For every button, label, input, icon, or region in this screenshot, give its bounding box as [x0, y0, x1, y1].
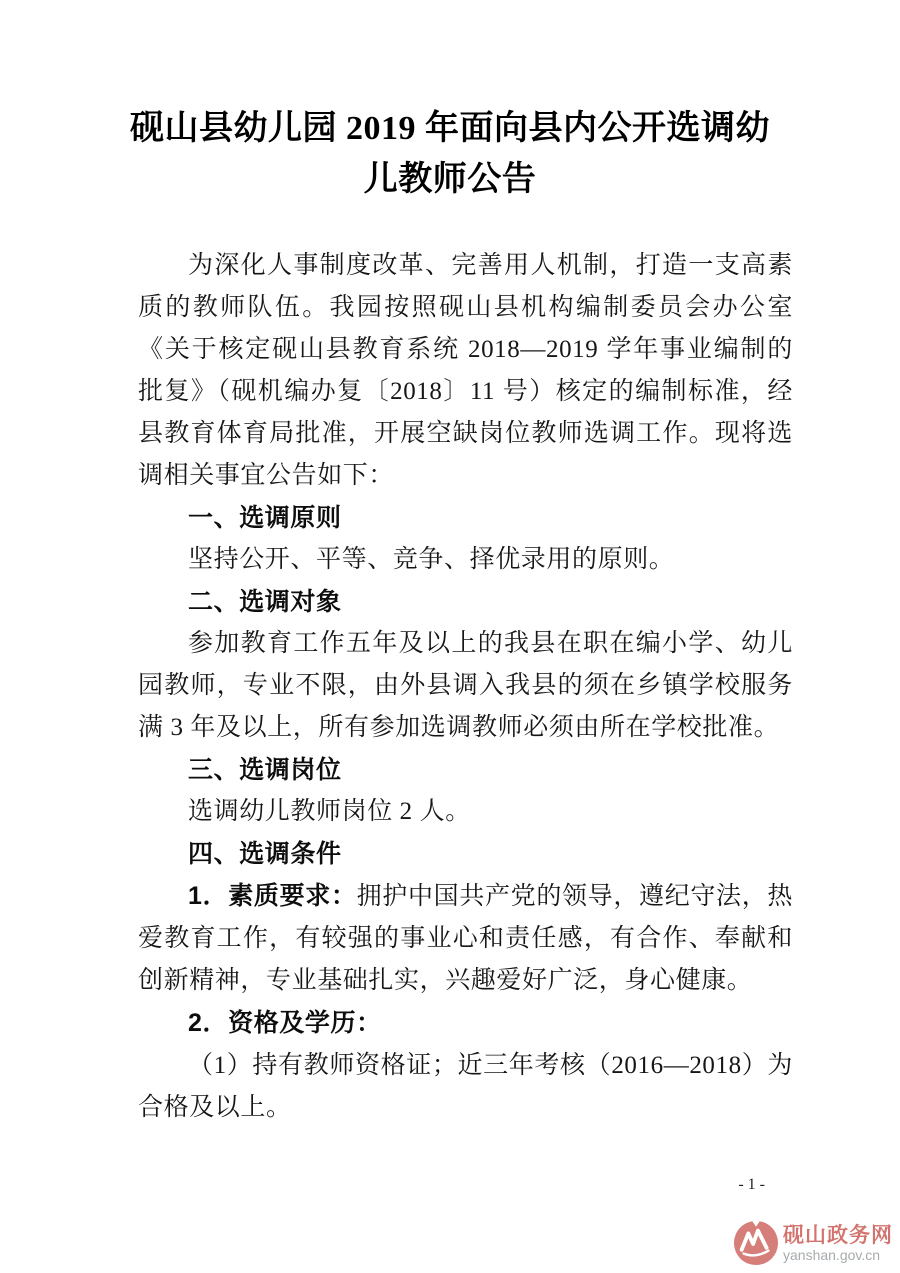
- section-heading-positions: 三、选调岗位: [138, 749, 793, 791]
- section-heading-targets: 二、选调对象: [138, 581, 793, 623]
- document-title: 砚山县幼儿园 2019 年面向县内公开选调幼 儿教师公告: [0, 103, 900, 205]
- page-footer: - 1 -: [738, 1176, 765, 1194]
- title-line-2: 儿教师公告: [0, 154, 900, 205]
- site-url: yanshan.gov.cn: [783, 1248, 893, 1263]
- section-heading-principles: 一、选调原则: [138, 497, 793, 539]
- page-number: - 1 -: [738, 1176, 765, 1193]
- mountain-icon: [733, 1220, 779, 1266]
- section-heading-conditions: 四、选调条件: [138, 833, 793, 875]
- site-name: 砚山政务网: [783, 1224, 893, 1248]
- intro-paragraph: 为深化人事制度改革、完善用人机制，打造一支高素质的教师队伍。我园按照砚山县机构编…: [138, 245, 793, 497]
- positions-text: 选调幼儿教师岗位 2 人。: [138, 791, 793, 833]
- title-line-1: 砚山县幼儿园 2019 年面向县内公开选调幼: [0, 103, 900, 154]
- site-watermark: 砚山政务网 yanshan.gov.cn: [733, 1220, 893, 1266]
- targets-text: 参加教育工作五年及以上的我县在职在编小学、幼儿园教师，专业不限，由外县调入我县的…: [138, 623, 793, 749]
- quality-requirements-paragraph: 1．素质要求：拥护中国共产党的领导，遵纪守法，热爱教育工作，有较强的事业心和责任…: [138, 875, 793, 1002]
- quality-requirements-label: 1．素质要求：: [188, 882, 357, 910]
- qualification-text: （1）持有教师资格证；近三年考核（2016—2018）为合格及以上。: [138, 1045, 793, 1129]
- document-page: 砚山县幼儿园 2019 年面向县内公开选调幼 儿教师公告 为深化人事制度改革、完…: [0, 0, 900, 1273]
- document-body: 为深化人事制度改革、完善用人机制，打造一支高素质的教师队伍。我园按照砚山县机构编…: [138, 245, 793, 1129]
- watermark-text: 砚山政务网 yanshan.gov.cn: [783, 1224, 893, 1263]
- qualification-label-paragraph: 2．资格及学历：: [138, 1002, 793, 1045]
- principles-text: 坚持公开、平等、竞争、择优录用的原则。: [138, 539, 793, 581]
- qualification-label: 2．资格及学历：: [188, 1009, 382, 1037]
